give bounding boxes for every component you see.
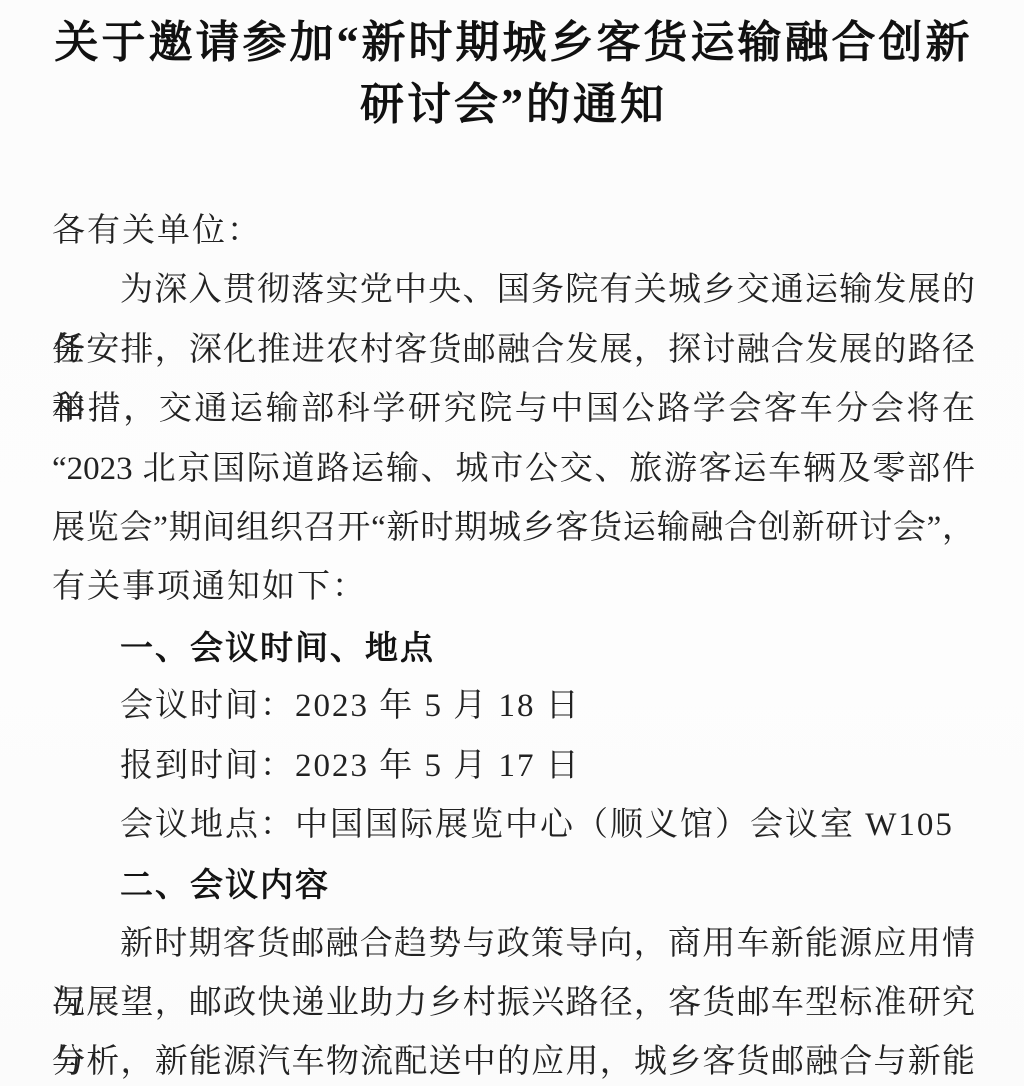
- notice-title-line-2: 研讨会”的通知: [52, 74, 975, 136]
- notice-document-page: 关于邀请参加“新时期城乡客货运输融合创新 研讨会”的通知 各有关单位： 为深入贯…: [0, 0, 1024, 1086]
- content-paragraph-line: 新时期客货邮融合趋势与政策导向，商用车新能源应用情况: [52, 915, 975, 974]
- checkin-time-line: 报到时间：2023 年 5 月 17 日: [52, 737, 975, 796]
- meeting-time-line: 会议时间：2023 年 5 月 18 日: [52, 677, 975, 736]
- intro-paragraph-line: 展览会”期间组织召开“新时期城乡客货运输融合创新研讨会”，: [52, 499, 975, 558]
- intro-paragraph-line: 举措，交通运输部科学研究院与中国公路学会客车分会将在: [52, 380, 975, 439]
- notice-title-line-1: 关于邀请参加“新时期城乡客货运输融合创新: [52, 12, 975, 74]
- content-paragraph-line: 分析，新能源汽车物流配送中的应用，城乡客货邮融合与新能源: [52, 1033, 975, 1086]
- salutation: 各有关单位：: [52, 202, 975, 261]
- meeting-location-line: 会议地点：中国国际展览中心（顺义馆）会议室 W105: [52, 796, 975, 855]
- intro-paragraph-line: 务安排，深化推进农村客货邮融合发展，探讨融合发展的路径和: [52, 321, 975, 380]
- intro-paragraph-line: 为深入贯彻落实党中央、国务院有关城乡交通运输发展的任: [52, 261, 975, 320]
- notice-body: 各有关单位： 为深入贯彻落实党中央、国务院有关城乡交通运输发展的任 务安排，深化…: [52, 202, 975, 1086]
- section-heading-time-location: 一、会议时间、地点: [52, 618, 975, 677]
- intro-paragraph-line: “2023 北京国际道路运输、城市公交、旅游客运车辆及零部件: [52, 440, 975, 499]
- content-paragraph-line: 与展望，邮政快递业助力乡村振兴路径，客货邮车型标准研究与: [52, 974, 975, 1033]
- intro-paragraph-line: 有关事项通知如下：: [52, 558, 975, 617]
- section-heading-content: 二、会议内容: [52, 855, 975, 914]
